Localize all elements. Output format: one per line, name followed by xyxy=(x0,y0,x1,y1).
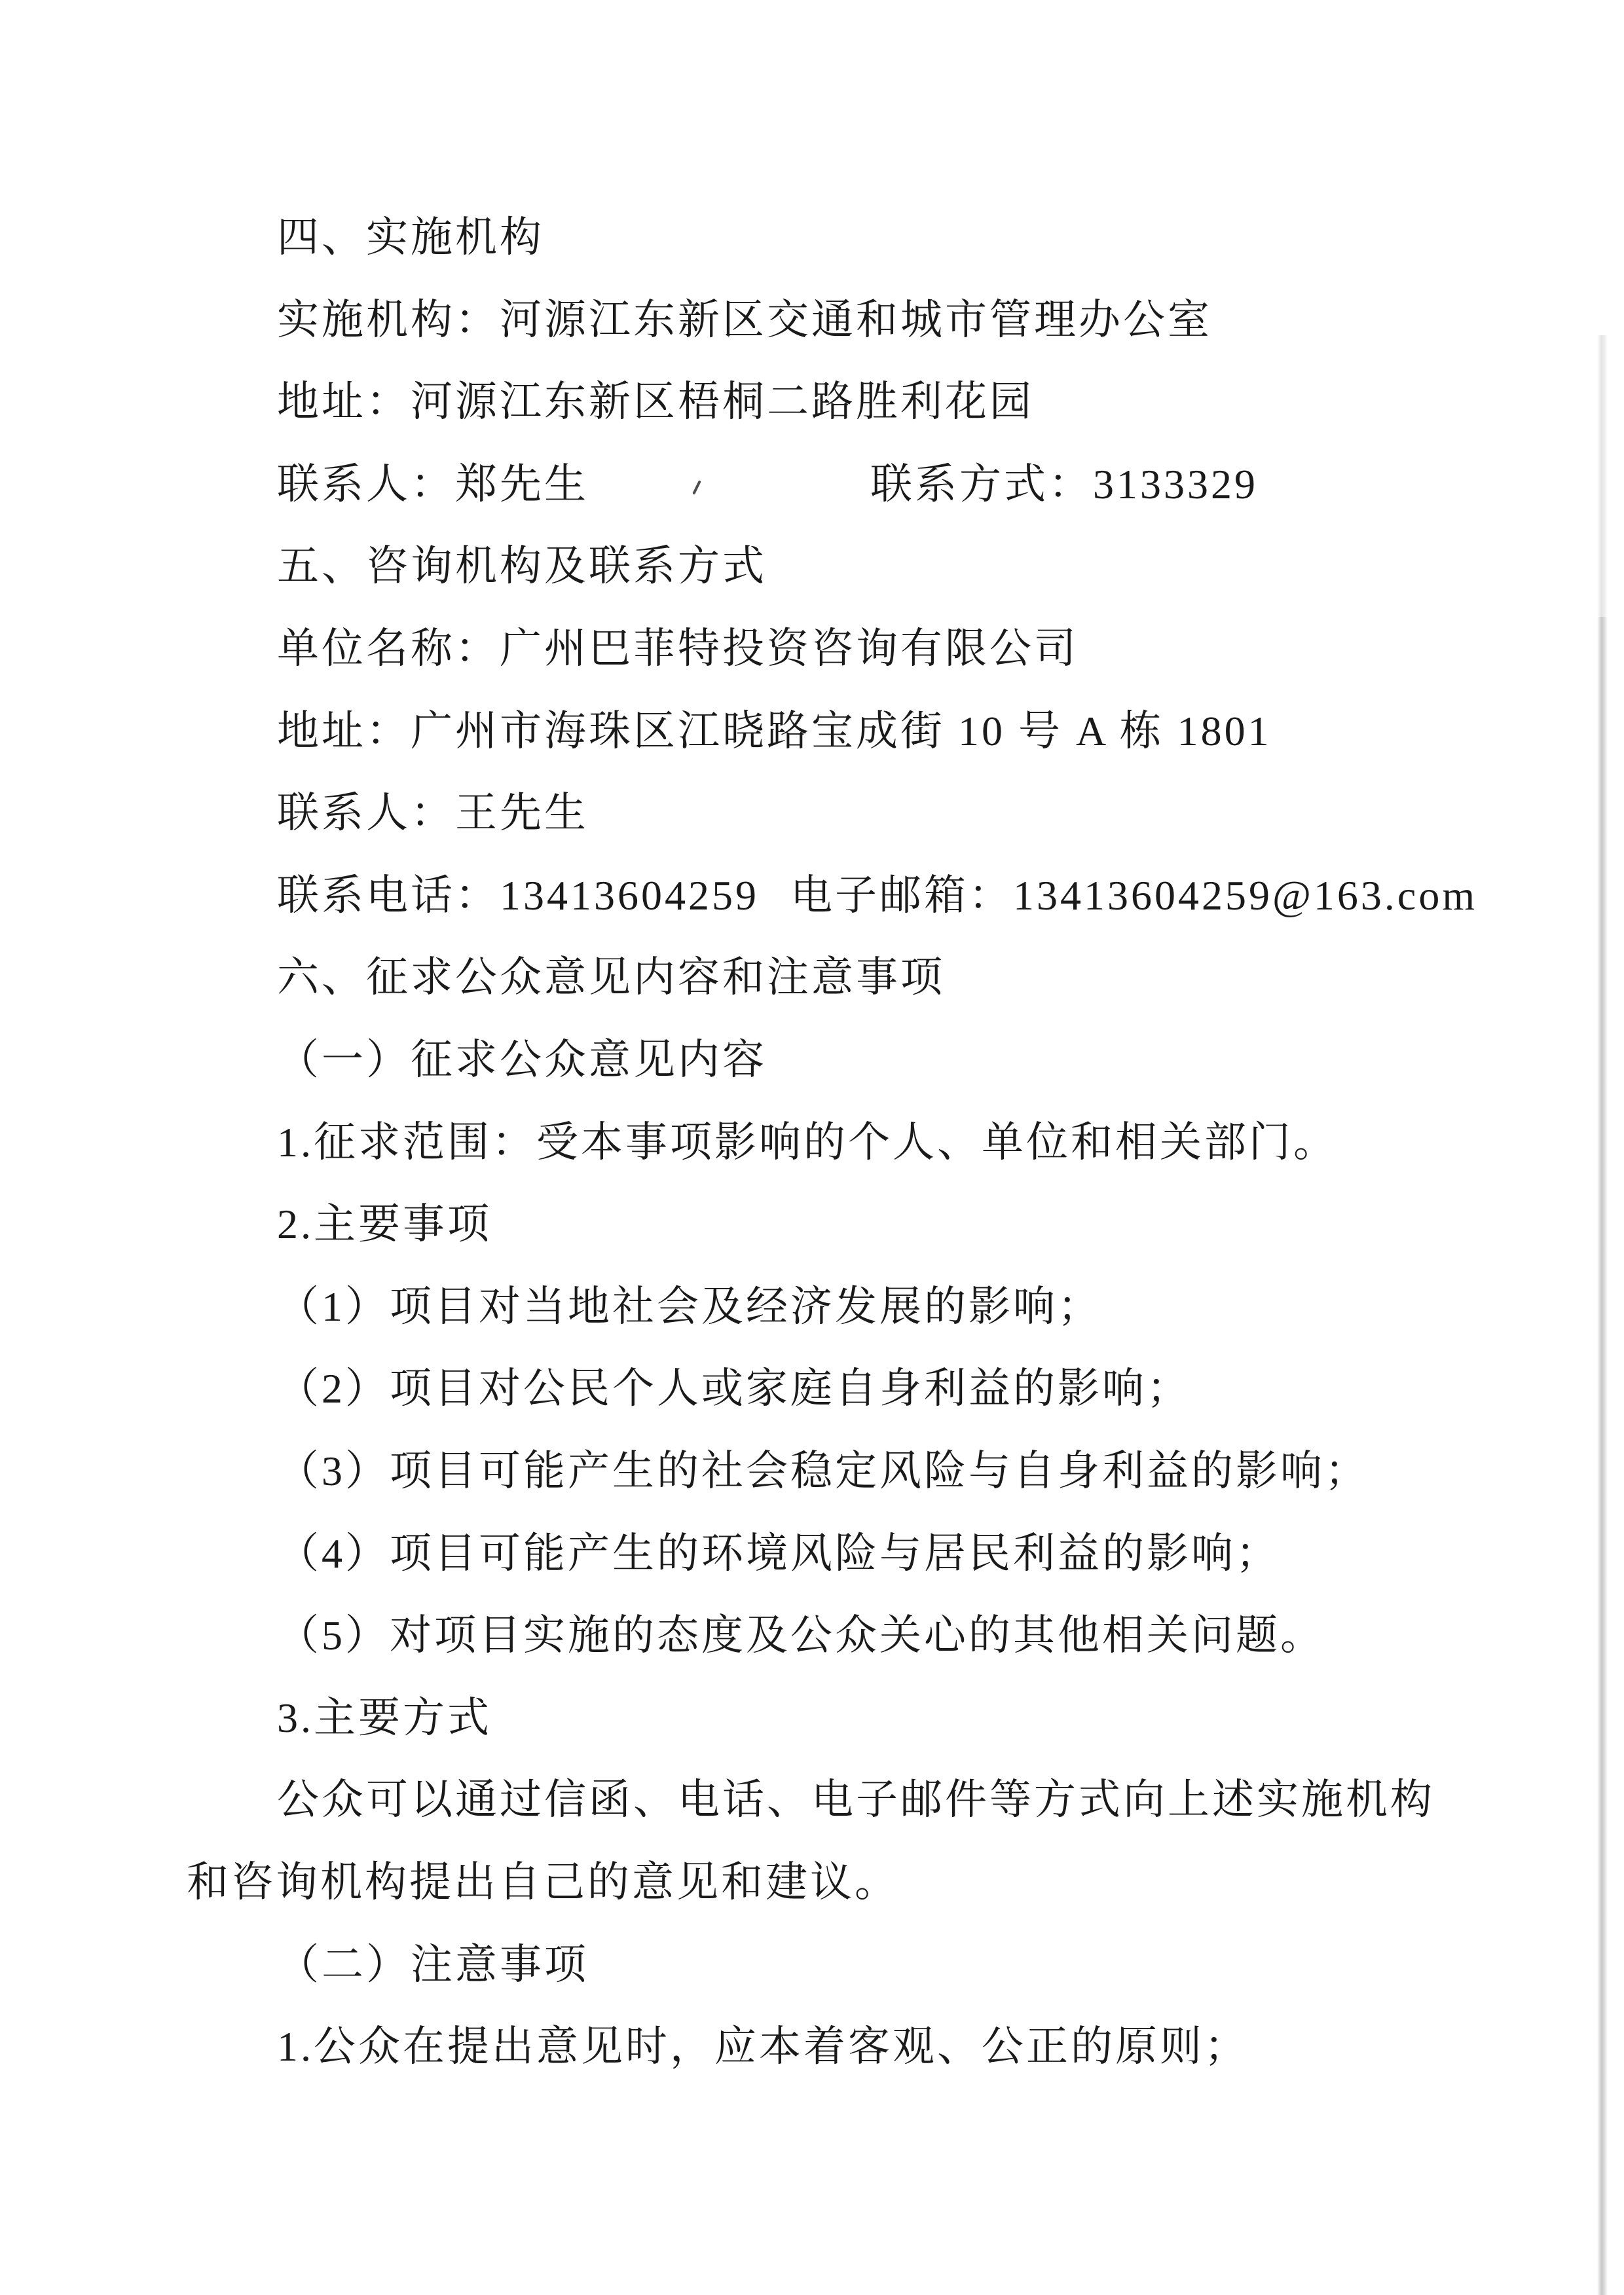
scanned-document-page: 四、实施机构 实施机构：河源江东新区交通和城市管理办公室 地址：河源江东新区梧桐… xyxy=(0,0,1624,2295)
consulting-phone-email-line: 联系电话：13413604259电子邮箱：13413604259@163.com xyxy=(187,874,1477,917)
implementing-agency-address-line: 地址：河源江东新区梧桐二路胜利花园 xyxy=(187,380,1034,424)
contact-phone: 联系电话：13413604259 xyxy=(277,872,759,919)
matter-2-line: （2）项目对公民个人或家庭自身利益的影响； xyxy=(187,1367,1191,1410)
matter-1-line: （1）项目对当地社会及经济发展的影响； xyxy=(187,1285,1102,1329)
main-method-heading: 3.主要方式 xyxy=(187,1697,492,1740)
spacer xyxy=(759,909,790,909)
consulting-agency-name-line: 单位名称：广州巴菲特投资咨询有限公司 xyxy=(187,627,1079,670)
main-matters-heading: 2.主要事项 xyxy=(187,1203,492,1246)
contact-method: 联系方式：3133329 xyxy=(870,461,1258,507)
matter-5-line: （5）对项目实施的态度及公众关心的其他相关问题。 xyxy=(187,1614,1325,1657)
method-paragraph-line-1: 公众可以通过信函、电话、电子邮件等方式向上述实施机构 xyxy=(187,1778,1435,1822)
contact-person: 联系人：郑先生 xyxy=(277,461,589,507)
implementing-agency-line: 实施机构：河源江东新区交通和城市管理办公室 xyxy=(187,299,1212,342)
subsection-2-heading: （二）注意事项 xyxy=(187,1943,589,1987)
section-4-heading: 四、实施机构 xyxy=(187,216,544,259)
subsection-1-heading: （一）征求公众意见内容 xyxy=(187,1038,767,1082)
implementing-contact-line: 联系人：郑先生联系方式：3133329 xyxy=(187,463,1258,506)
note-1-line: 1.公众在提出意见时，应本着客观、公正的原则； xyxy=(187,2025,1249,2068)
section-5-heading: 五、咨询机构及联系方式 xyxy=(187,545,767,588)
consulting-agency-address-line: 地址：广州市海珠区江晓路宝成街 10 号 A 栋 1801 xyxy=(187,710,1272,753)
matter-3-line: （3）项目可能产生的社会稳定风险与自身利益的影响； xyxy=(187,1450,1369,1493)
method-paragraph-line-2: 和咨询机构提出自己的意见和建议。 xyxy=(187,1861,899,1904)
scan-edge-artifact-top xyxy=(1597,335,1608,617)
solicit-scope-line: 1.征求范围：受本事项影响的个人、单位和相关部门。 xyxy=(187,1121,1338,1164)
matter-4-line: （4）项目可能产生的环境风险与居民利益的影响； xyxy=(187,1532,1280,1575)
spacer xyxy=(589,498,870,498)
consulting-contact-person-line: 联系人：王先生 xyxy=(187,792,589,835)
section-6-heading: 六、征求公众意见内容和注意事项 xyxy=(187,956,945,999)
contact-email: 电子邮箱：13413604259@163.com xyxy=(790,872,1477,919)
scan-edge-artifact xyxy=(1597,617,1608,2295)
